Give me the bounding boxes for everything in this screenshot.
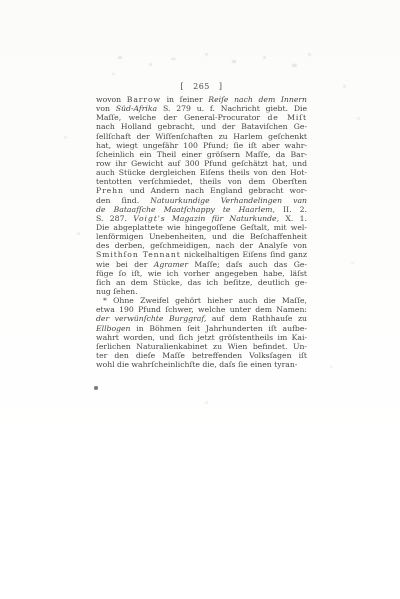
text-line: nach Holland gebracht, und der Bataviſch… — [96, 122, 307, 131]
text-segment: des derben, geſchmeidigen, nach der Anal… — [96, 241, 307, 250]
text-segment: in ſeiner — [161, 95, 208, 104]
text-segment: wohl die wahrſcheinlichſte die, daſs ſie… — [96, 360, 297, 369]
text-segment: der verwünſchte Burggraf, — [96, 314, 206, 323]
text-line: den ſind. Natuurkundige Verhandelingen v… — [96, 196, 307, 205]
scan-speck — [357, 117, 360, 120]
text-line: S. 287. Voigt's Magazin für Naturkunde, … — [96, 214, 307, 223]
page-number: 265 — [193, 82, 210, 91]
text-segment: Süd-Afrika — [116, 104, 157, 113]
text-line: etwa 190 Pfund ſchwer, welche unter dem … — [96, 305, 307, 314]
text-segment: tentotten verſchmiedet, theils von dem O… — [96, 177, 307, 186]
text-segment: S. 279 u. f. Nachricht giebt. Die — [157, 104, 307, 113]
text-segment: Reiſe nach dem Innern — [208, 95, 307, 104]
text-segment: nickelhaltigen Eiſens ſind ganz — [181, 250, 307, 259]
text-segment: de Miſt — [267, 113, 307, 122]
text-segment: wie bei der — [96, 260, 154, 269]
text-segment: und Andern nach England gebracht wor- — [124, 186, 307, 195]
text-segment: nach Holland gebracht, und der Bataviſch… — [96, 122, 307, 131]
text-segment: Maſſe; daſs auch das Ge- — [188, 260, 307, 269]
text-segment: * Ohne Zweifel gehört hieher auch die Ma… — [103, 296, 307, 305]
text-segment: auf dem Rathhauſe zu — [206, 314, 307, 323]
text-segment: S. 287. — [96, 214, 133, 223]
text-segment: lenförmigen Unebenheiten, und die Beſcha… — [96, 232, 307, 241]
text-segment: wovon — [96, 95, 127, 104]
text-line: der verwünſchte Burggraf, auf dem Rathha… — [96, 314, 307, 323]
scan-speck — [343, 85, 346, 88]
text-line: wovon Barrow in ſeiner Reiſe nach dem In… — [96, 95, 307, 104]
text-segment: wahrt worden, und ſich jetzt gröſstenthe… — [96, 333, 307, 342]
text-segment: Ellbogen — [96, 324, 131, 333]
body-text-block: wovon Barrow in ſeiner Reiſe nach dem In… — [96, 95, 307, 369]
text-line: ſich an dem Stücke, das ich beſitze, deu… — [96, 278, 307, 287]
scan-speck — [232, 60, 236, 63]
scan-speck — [118, 56, 122, 59]
text-segment: ter den dieſe Maſſe betreffenden Volksſa… — [96, 351, 307, 360]
text-segment: etwa 190 Pfund ſchwer, welche unter dem … — [96, 305, 307, 314]
text-segment: II. 2. — [275, 205, 307, 214]
text-line: des derben, geſchmeidigen, nach der Anal… — [96, 241, 307, 250]
scan-speck — [77, 232, 80, 235]
text-line: ſerlichen Naturalienkabinet zu Wien befi… — [96, 342, 307, 351]
text-segment: Natuurkundige Verhandelingen van — [150, 196, 307, 205]
text-segment: füge ſo iſt, wie ich vorher angegeben ha… — [96, 269, 307, 278]
text-line: wahrt worden, und ſich jetzt gröſstenthe… — [96, 333, 307, 342]
text-line: füge ſo iſt, wie ich vorher angegeben ha… — [96, 269, 307, 278]
text-line: wohl die wahrſcheinlichſte die, daſs ſie… — [96, 360, 307, 369]
text-segment: auch Stücke dergleichen Eiſens theils vo… — [96, 168, 307, 177]
text-segment: X. 1. — [279, 214, 307, 223]
header-close-bracket: ] — [219, 82, 223, 91]
scan-speck — [330, 366, 333, 368]
text-line: Maſſe, welche der General-Procurator de … — [96, 113, 307, 122]
scan-speck — [171, 58, 176, 60]
text-segment: nug ſehen. — [96, 287, 138, 296]
text-line: * Ohne Zweifel gehört hieher auch die Ma… — [96, 296, 307, 305]
text-line: ſellſchaft der Wiſſenſchaften zu Harlem … — [96, 132, 307, 141]
text-line: von Süd-Afrika S. 279 u. f. Nachricht gi… — [96, 104, 307, 113]
text-segment: Barrow — [127, 95, 161, 104]
scanned-book-page: [ 265 ] wovon Barrow in ſeiner Reiſe nac… — [0, 0, 400, 599]
scan-speck — [64, 136, 67, 139]
scan-speck — [263, 56, 266, 59]
scan-speck — [149, 63, 152, 66]
text-segment: Maſſe, welche der General-Procurator — [96, 113, 267, 122]
text-line: de Bataafſche Maatſchappy te Haarlem, II… — [96, 205, 307, 214]
text-segment: Smithſon Tennant — [96, 250, 181, 259]
scan-speck — [308, 53, 311, 56]
text-segment: in Böhmen ſeit Jahrhunderten iſt aufbe- — [131, 324, 308, 333]
text-segment: Agramer — [154, 260, 188, 269]
scan-speck — [351, 262, 354, 264]
text-segment: Die abgeplattete wie hingegoſſene Geſtal… — [96, 223, 307, 232]
ink-spot — [94, 386, 98, 390]
text-line: nug ſehen. — [96, 287, 307, 296]
text-line: ſcheinlich ein Theil einer gröſsern Maſſ… — [96, 150, 307, 159]
text-segment: ſcheinlich ein Theil einer gröſsern Maſſ… — [96, 150, 307, 159]
text-line: ter den dieſe Maſſe betreffenden Volksſa… — [96, 351, 307, 360]
scan-speck — [292, 64, 297, 67]
text-line: Prehn und Andern nach England gebracht w… — [96, 186, 307, 195]
scan-speck — [205, 53, 208, 56]
text-segment: ſich an dem Stücke, das ich beſitze, deu… — [96, 278, 307, 287]
scan-speck — [112, 73, 115, 75]
text-line: tentotten verſchmiedet, theils von dem O… — [96, 177, 307, 186]
text-segment: row ihr Gewicht auf 300 Pfund geſchätzt … — [96, 159, 307, 168]
text-segment: ſerlichen Naturalienkabinet zu Wien befi… — [96, 342, 307, 351]
text-segment: von — [96, 104, 116, 113]
text-line: Ellbogen in Böhmen ſeit Jahrhunderten iſ… — [96, 324, 307, 333]
text-line: wie bei der Agramer Maſſe; daſs auch das… — [96, 260, 307, 269]
text-segment: de Bataafſche Maatſchappy te Haarlem, — [96, 205, 275, 214]
text-line: hat, wiegt ungefähr 100 Pfund; ſie iſt a… — [96, 141, 307, 150]
text-segment: Voigt's — [133, 214, 165, 223]
text-line: lenförmigen Unebenheiten, und die Beſcha… — [96, 232, 307, 241]
text-segment: Prehn — [96, 186, 124, 195]
text-segment: den ſind. — [96, 196, 150, 205]
text-line: Die abgeplattete wie hingegoſſene Geſtal… — [96, 223, 307, 232]
text-segment: Magazin für Naturkunde, — [166, 214, 279, 223]
text-line: Smithſon Tennant nickelhaltigen Eiſens ſ… — [96, 250, 307, 259]
header-open-bracket: [ — [180, 82, 184, 91]
text-line: auch Stücke dergleichen Eiſens theils vo… — [96, 168, 307, 177]
text-segment: hat, wiegt ungefähr 100 Pfund; ſie iſt a… — [96, 141, 307, 150]
scan-speck — [205, 401, 208, 404]
page-number-header: [ 265 ] — [96, 82, 307, 91]
scan-speck — [58, 172, 61, 175]
text-segment: ſellſchaft der Wiſſenſchaften zu Harlem … — [96, 132, 307, 141]
text-line: row ihr Gewicht auf 300 Pfund geſchätzt … — [96, 159, 307, 168]
